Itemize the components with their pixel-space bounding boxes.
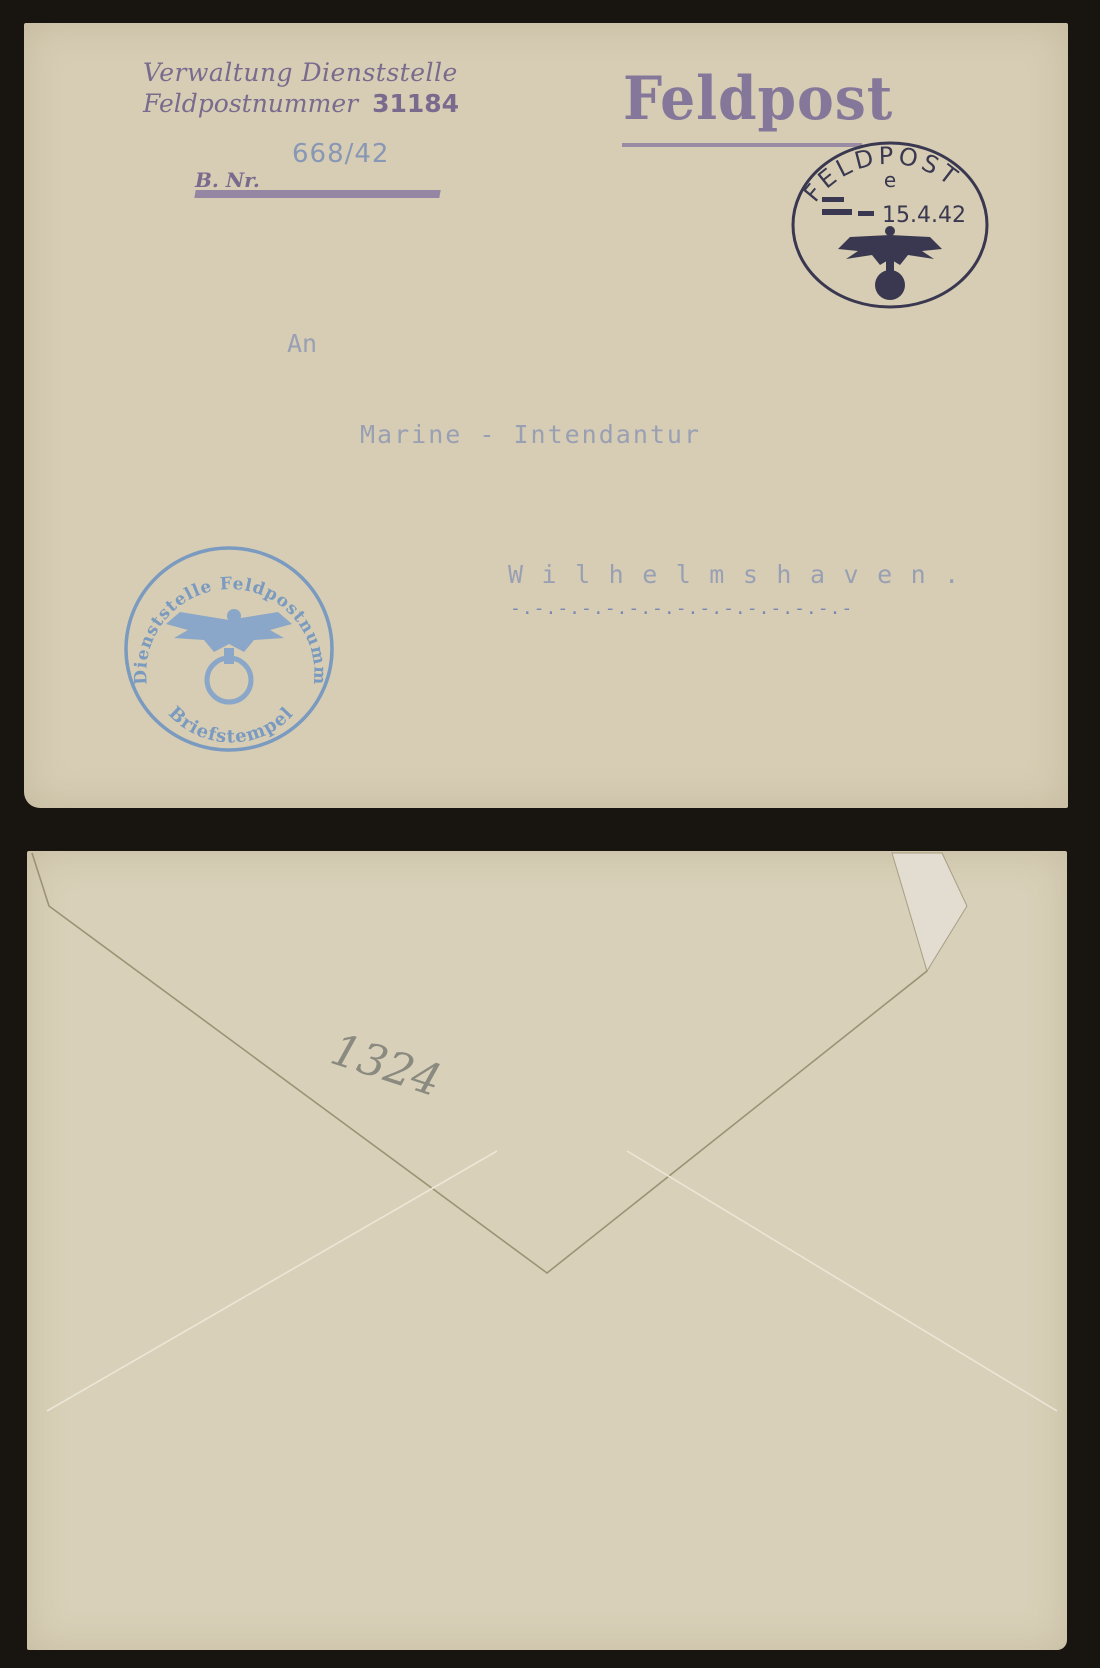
seal-ring-text: Dienststelle Feldpostnummer 31184 <box>118 540 330 686</box>
sender-stamp: Verwaltung Dienststelle Feldpostnummer31… <box>143 58 459 118</box>
eagle-emblem-icon <box>838 226 942 300</box>
address-recipient: Marine - Intendantur <box>360 420 701 449</box>
feldpost-handstamp: Feldpost <box>623 64 893 134</box>
postmark-date: 15.4.42 <box>882 203 966 228</box>
feldpost-number: 31184 <box>372 89 459 118</box>
reference-number: 668/42 <box>292 139 389 169</box>
postmark-letter: e <box>884 168 896 192</box>
sender-label: Feldpostnummer <box>143 89 358 118</box>
svg-text:Dienststelle Feldpostnummer 31: Dienststelle Feldpostnummer 31184 <box>118 540 330 686</box>
sender-line-2: Feldpostnummer31184 <box>143 89 459 118</box>
address-underline: -.-.-.-.-.-.-.-.-.-.-.-.-.-.- <box>510 598 853 619</box>
envelope-flap-folds <box>27 851 1067 1650</box>
address-city: Wilhelmshaven. <box>508 560 978 589</box>
address-salutation: An <box>287 329 317 358</box>
sender-line-1: Verwaltung Dienststelle <box>143 58 459 87</box>
reference-underline <box>194 190 440 198</box>
service-seal: Dienststelle Feldpostnummer 31184 Briefs… <box>118 540 340 758</box>
feldpost-postmark: FELDPOST e 15.4.42 <box>780 125 1000 315</box>
eagle-emblem-icon <box>166 609 292 702</box>
reference-label: B. Nr. <box>195 168 260 192</box>
